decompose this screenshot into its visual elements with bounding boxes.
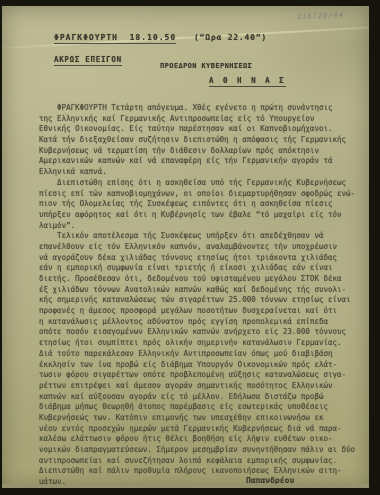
document-line: Κατά τήν διεξαχθείσαν συζήτησιν διεπιστώ… <box>39 135 365 146</box>
document-line: Διεπιστώθη καί πάλιν προθυμία πλήρους ικ… <box>39 466 365 477</box>
urgency-label: ΑΚΡΩΣ ΕΠΕΙΓΟΝ <box>54 55 122 66</box>
document-line: καλέσω ελάττωσιν φόρου ήτις θέλει βοηθήσ… <box>39 434 365 445</box>
document-line: κής σημερινής καταναλώσεως τών σιγαρέττω… <box>39 295 365 306</box>
document-line: νομικών διαπραγματεύσεων. Σήμερον μεσημβ… <box>39 445 365 456</box>
document-line: η κατανάλωσις μέλλοντος αδύνατον πρός εγ… <box>39 317 365 328</box>
document-line: καπνών καί αύξουσαν αγοράν είς τό μέλλον… <box>39 392 365 403</box>
underlying-page-edge <box>2 484 369 488</box>
scanned-telegram-page: 216/20/44 ΦΡΑΓΚΦΟΥΡΤΗ 18.10.50 (“Ωρα 22.… <box>0 0 380 495</box>
handwritten-file-number: 216/20/44 <box>297 11 344 21</box>
document-line: διάβημα μήπως θεωρηθή άτοπος παρέμβασις … <box>39 402 365 413</box>
document-line: πιον τής Ολομελείας τής Συσκέψεως ειπόντ… <box>39 199 365 210</box>
document-line: ΦΡΑΓΚΦΟΥΡΤΗ Τετάρτη απόγευμα. Χθές εγένε… <box>39 103 365 114</box>
document-line: υπήρξεν αφόρητος καί ότι η Κυβέρνησίς τω… <box>39 210 365 221</box>
document-line: Διεπιστώθη επίσης ότι η ασκηθείσα υπό τή… <box>39 178 365 189</box>
document-line: εάν η εμπορική συμφωνία είναι τριετής ή … <box>39 263 365 274</box>
document-line: Διά τούτο παρεκάλεσαν Ελληνικήν Αντιπροσ… <box>39 349 365 360</box>
document-line: έκκλησίν των ίνα προβώ είς διάβημα Υπουρ… <box>39 360 365 371</box>
document-line: οπότε ποσόν εισαγομένων Ελληνικών καπνών… <box>39 327 365 338</box>
recipient-city: Α Θ Η Ν Α Σ <box>209 76 286 87</box>
document-line: Κυβερνήσεως νά τερματίση τήν διάθεσιν δο… <box>39 146 365 157</box>
document-line: διετής. Προσέθεσαν ότι, δεδομένου τού υφ… <box>39 274 365 285</box>
document-line: Τελικόν αποτέλεσμα τής Συσκέψεως υπήρξεν… <box>39 231 365 242</box>
document-line: νέου εντός προσεχών ημερών μετά Γερμανικ… <box>39 424 365 435</box>
document-line: ρέττων επιτρέψει καί άμεσον αγοράν σημαν… <box>39 381 365 392</box>
document-line: πίεσις επί τών καπνοβιομηχάνων, οι οποίο… <box>39 189 365 200</box>
document-line: επανέλθουν είς τόν Ελληνικόν καπνόν, ανα… <box>39 242 365 253</box>
document-line: Ελληνικά καπνά. <box>39 167 365 178</box>
document-line: προφανές η άμεσος προσφορά μεγάλων ποσοτ… <box>39 306 365 317</box>
origin-dateline: ΦΡΑΓΚΦΟΥΡΤΗ 18.10.50 <box>54 33 176 44</box>
document-line: λαιμόν”. <box>39 221 365 232</box>
document-line: της Ελληνικής καί Γερμανικής Αντιπροσωπε… <box>39 114 365 125</box>
document-line: τωσιν φόρου σιγαρέττων οπότε προβλεπομέν… <box>39 370 365 381</box>
document-line: Κυβερνήσεώς των. Κατόπιν επιμονής των υπ… <box>39 413 365 424</box>
telegram-body: ΦΡΑΓΚΦΟΥΡΤΗ Τετάρτη απόγευμα. Χθές εγένε… <box>39 103 365 488</box>
document-line: νά αγοράζουν δέκα χιλιάδας τόννους ετησί… <box>39 253 365 264</box>
document-line: Εθνικής Οικονομίας. Είς ταύτην παρέστησα… <box>39 124 365 135</box>
paper-sheet: 216/20/44 ΦΡΑΓΚΦΟΥΡΤΗ 18.10.50 (“Ωρα 22.… <box>2 6 369 488</box>
recipient-title: ΠΡΟΕΔΡΟΝ ΚΥΒΕΡΝΗΣΕΩΣ <box>160 62 252 70</box>
document-line: Αμερικανικών καπνών καί νά επαναφέρη είς… <box>39 156 365 167</box>
document-line: αντιπροσωπείαι καί συνεζήτησαν λοιπά κεφ… <box>39 456 365 467</box>
document-line: ετησίως ήτοι συμπίπτει πρός ολικήν σημερ… <box>39 338 365 349</box>
time-note: (“Ωρα 22.40”) <box>194 33 267 42</box>
document-line: έξ χιλιάδων τόννων Ανατολικών καπνών καθ… <box>39 285 365 296</box>
